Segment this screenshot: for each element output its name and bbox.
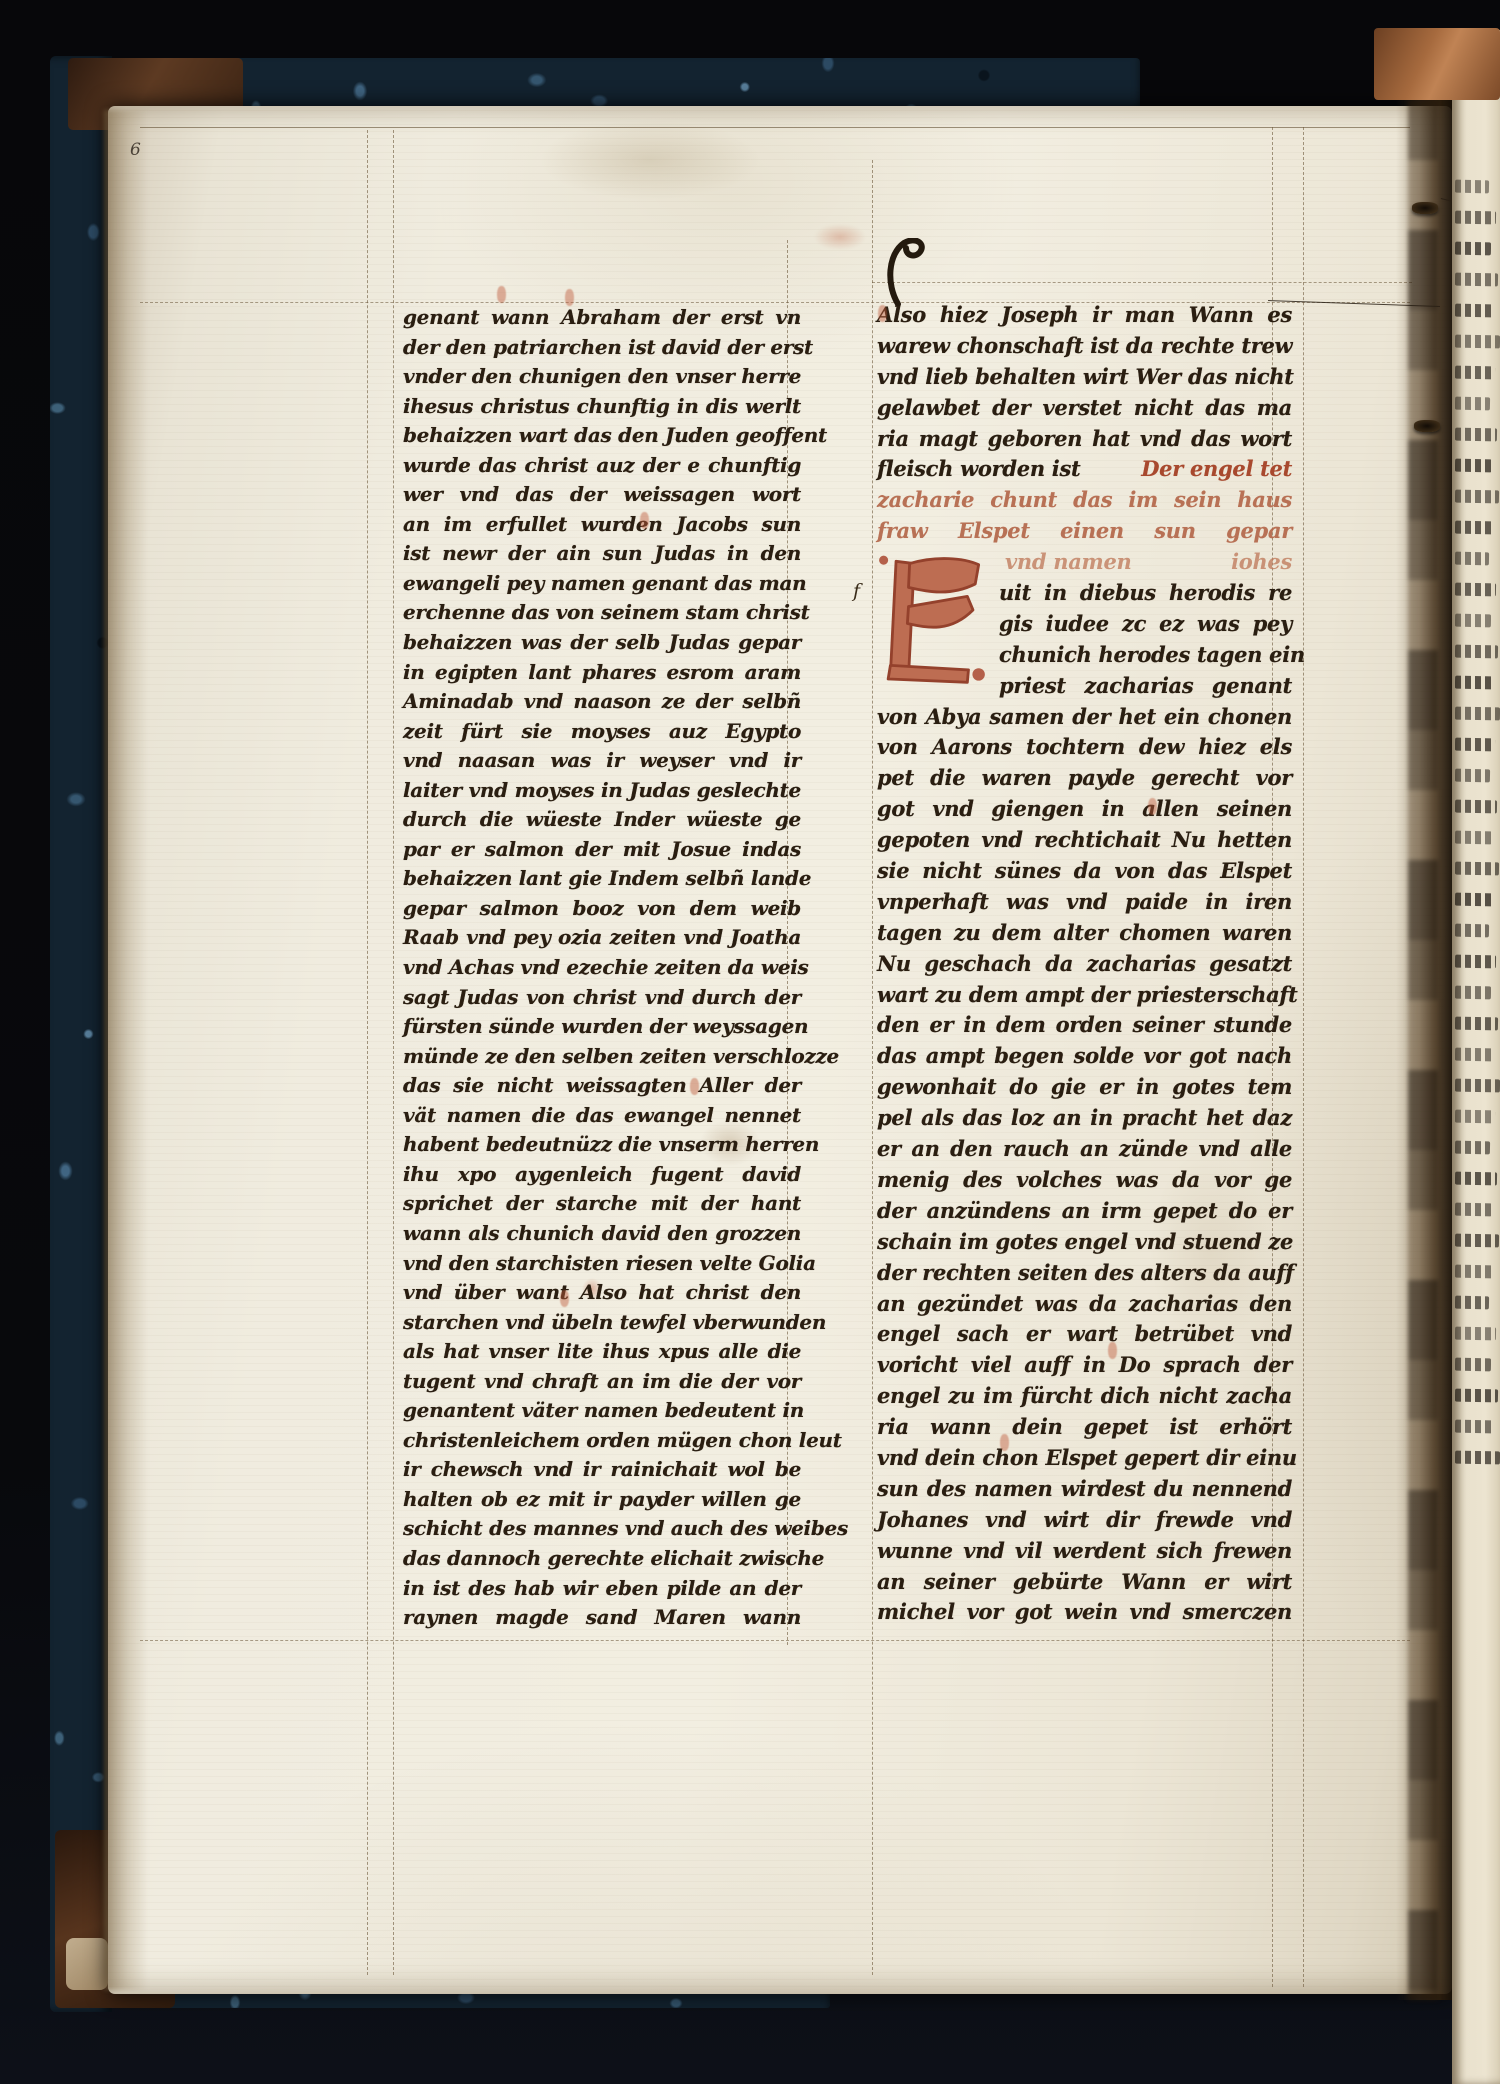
text-line: got vnd giengen in allen seinen	[877, 794, 1292, 825]
text-line: münde ze den selben zeiten verschlozze	[403, 1042, 801, 1072]
text-line: vät namen die das ewangel nennet	[403, 1101, 801, 1131]
facing-page-text-line	[1455, 707, 1500, 721]
text-line: wart zu dem ampt der priesterschaft	[877, 980, 1292, 1011]
text-line: schicht des mannes vnd auch des weibes	[403, 1514, 801, 1544]
text-line: von Aarons tochtern dew hiez els	[877, 732, 1292, 763]
text-line: an gezündet was da zacharias den	[877, 1289, 1292, 1320]
sewing-tacket	[1412, 202, 1438, 214]
facing-page-text-line	[1455, 1203, 1492, 1217]
leather-tan-fragment	[66, 1938, 108, 1990]
rubric-line: zacharie chunt das im sein haus	[877, 485, 1292, 516]
text-line: ewangeli pey namen genant das man	[403, 569, 801, 599]
ruling-top-frame	[140, 127, 1410, 128]
facing-page-text-line	[1455, 1420, 1493, 1434]
text-line: behaizzen wart das den Juden geoffent	[403, 421, 801, 451]
text-line: an seiner gebürte Wann er wirt	[877, 1567, 1292, 1598]
text-line: in egipten lant phares esrom aram	[403, 658, 801, 688]
text-line: zeit fürt sie moyses auz Egypto	[403, 717, 801, 747]
text-line: uit in diebus herodis re	[999, 578, 1292, 609]
text-line: raynen magde sand Maren wann	[403, 1603, 801, 1633]
text-line: der rechten seiten des alters da auff	[877, 1258, 1292, 1289]
facing-page-text-line	[1455, 583, 1496, 597]
facing-page-text-line	[1455, 924, 1489, 938]
text-line: gewonhait do gie er in gotes tem	[877, 1072, 1292, 1103]
leather-corner-top-right	[1374, 28, 1500, 100]
facing-page-text-line	[1455, 1389, 1498, 1403]
text-line: wer vnd das der weissagen wort	[403, 480, 801, 510]
facing-page-text-line	[1455, 552, 1489, 566]
facing-page-text-line	[1455, 1451, 1500, 1465]
red-versal-dab	[1000, 1434, 1009, 1451]
text-line: priest zacharias genant	[999, 671, 1292, 702]
text-line: sagt Judas von christ vnd durch der	[403, 983, 801, 1013]
text-line: genantent väter namen bedeutent in	[403, 1396, 801, 1426]
text-line: gepoten vnd rechtichait Nu hetten	[877, 825, 1292, 856]
text-line: an im erfullet wurden Jacobs sun	[403, 510, 801, 540]
right-column: Also hiez Joseph ir man Wann eswarew cho…	[877, 300, 1292, 1628]
text-line: gepar salmon booz von dem weib	[403, 894, 801, 924]
text-line: fürsten sünde wurden der weyssagen	[403, 1012, 801, 1042]
facing-page-text-line	[1455, 304, 1493, 318]
text-line: das sie nicht weissagten Aller der	[403, 1071, 801, 1101]
text-line: engel zu im fürcht dich nicht zacha	[877, 1381, 1292, 1412]
left-column: genant wann Abraham der erst vnder den p…	[403, 303, 801, 1633]
ruling-text-bottom	[140, 1640, 1410, 1641]
facing-page-text-line	[1455, 211, 1496, 225]
text-line: tagen zu dem alter chomen waren	[877, 918, 1292, 949]
text-line: ir chewsch vnd ir rainichait wol be	[403, 1455, 801, 1485]
text-line: pel als das loz an in pracht het daz	[877, 1103, 1292, 1134]
text-line: wurde das christ auz der e chunftig	[403, 451, 801, 481]
ascender-swash	[882, 238, 938, 306]
text-line: halten ob ez mit ir payder willen ge	[403, 1485, 801, 1515]
ruling-vertical-mid-right	[872, 160, 873, 1975]
text-line: der anzündens an irm gepet do er	[877, 1196, 1292, 1227]
text-line: laiter vnd moyses in Judas geslechte	[403, 776, 801, 806]
text-line: ist newr der ain sun Judas in den	[403, 539, 801, 569]
red-versal-dab	[1108, 1342, 1117, 1359]
facing-page-text-line	[1455, 1296, 1489, 1310]
line-segment: fleisch worden ist	[877, 454, 1080, 485]
text-line: wann als chunich david den grozzen	[403, 1219, 801, 1249]
text-line: vnperhaft was vnd paide in iren	[877, 887, 1292, 918]
text-line: fleisch worden istDer engel tet	[877, 454, 1292, 485]
text-line: wunne vnd vil werdent sich frewen	[877, 1536, 1292, 1567]
text-line: sie nicht sünes da von das Elspet	[877, 856, 1292, 887]
facing-page-text-line	[1455, 459, 1492, 473]
facing-page-text-line	[1455, 180, 1489, 194]
text-line: vnd naasan was ir weyser vnd ir	[403, 746, 801, 776]
facing-page-text-line	[1455, 831, 1492, 845]
ruling-vertical-left-outer	[367, 130, 368, 1975]
facing-page-text-line	[1455, 1048, 1493, 1062]
text-line: engel sach er wart betrübet vnd	[877, 1319, 1292, 1350]
line-segment: vnd namen	[1005, 547, 1132, 578]
text-line: vnder den chunigen den vnser herre	[403, 362, 801, 392]
facing-page-text-line	[1455, 1358, 1491, 1372]
text-line: pet die waren payde gerecht vor	[877, 763, 1292, 794]
text-line: den er in dem orden seiner stunde	[877, 1010, 1292, 1041]
illuminated-initial-F	[872, 550, 988, 688]
text-line: Aminadab vnd naason ze der selbñ	[403, 687, 801, 717]
text-line: gis iudee zc ez was pey	[999, 609, 1292, 640]
text-line: vnd über want Also hat christ den	[403, 1278, 801, 1308]
photograph-backdrop: { "palette": { "backdrop": "#07070a", "p…	[0, 0, 1500, 2084]
text-line: voricht viel auff in Do sprach der	[877, 1350, 1292, 1381]
facing-page-edge	[1452, 30, 1500, 2084]
facing-page-text-line	[1455, 242, 1491, 256]
facing-page-text-line	[1455, 614, 1491, 628]
text-line: durch die wüeste Inder wüeste ge	[403, 805, 801, 835]
text-line: michel vor got wein vnd smerczen	[877, 1597, 1292, 1628]
text-line: vnd lieb behalten wirt Wer das nicht	[877, 362, 1292, 393]
facing-page-text-line	[1455, 986, 1491, 1000]
facing-page-text-line	[1455, 893, 1494, 907]
facing-page-text-line	[1455, 521, 1494, 535]
sewing-tacket	[1414, 420, 1440, 432]
facing-page-text-line	[1455, 490, 1499, 504]
text-line: ihesus christus chunftig in dis werlt	[403, 392, 801, 422]
guide-letter: f	[853, 580, 860, 602]
red-versal-dab	[878, 305, 887, 322]
text-line: ihu xpo aygenleich fugent david	[403, 1160, 801, 1190]
gutter-grime	[1408, 100, 1438, 2000]
ruling-vertical-left-inner	[393, 130, 394, 1975]
red-versal-dab	[690, 1078, 699, 1095]
facing-page-text-line	[1455, 1234, 1499, 1248]
facing-page-text-line	[1455, 800, 1497, 814]
text-line: das dannoch gerechte elichait zwische	[403, 1544, 801, 1574]
text-line: vnd Achas vnd ezechie zeiten da weis	[403, 953, 801, 983]
folio-number: 6	[130, 140, 141, 160]
text-line: Also hiez Joseph ir man Wann es	[877, 300, 1292, 331]
text-line: behaizzen was der selb Judas gepar	[403, 628, 801, 658]
text-line: chunich herodes tagen ein	[999, 640, 1292, 671]
red-versal-dab	[1148, 798, 1157, 815]
text-line: sun des namen wirdest du nennend	[877, 1474, 1292, 1505]
facing-page-text-line	[1455, 645, 1498, 659]
text-line: ria magt geboren hat vnd das wort	[877, 424, 1292, 455]
text-line: ria wann dein gepet ist erhört	[877, 1412, 1292, 1443]
red-versal-dab	[497, 286, 506, 303]
text-line: par er salmon der mit Josue indas	[403, 835, 801, 865]
facing-page-text-line	[1455, 397, 1490, 411]
facing-page-text-line	[1455, 366, 1495, 380]
text-line: von Abya samen der het ein chonen	[877, 702, 1292, 733]
text-line: genant wann Abraham der erst vn	[403, 303, 801, 333]
ruling-header-right	[872, 282, 1412, 283]
text-line: Raab vnd pey ozia zeiten vnd Joatha	[403, 923, 801, 953]
facing-page-text-line	[1455, 769, 1490, 783]
text-line: christenleichem orden mügen chon leut	[403, 1426, 801, 1456]
facing-page-text-line	[1455, 1110, 1495, 1124]
ruling-vertical-right-outer	[1303, 127, 1304, 1987]
red-versal-dab	[640, 512, 649, 529]
text-line: warew chonschaft ist da rechte trew	[877, 331, 1292, 362]
text-line: er an den rauch an zünde vnd alle	[877, 1134, 1292, 1165]
facing-page-text-line	[1455, 335, 1500, 349]
text-line: starchen vnd übeln tewfel vberwunden	[403, 1308, 801, 1338]
facing-page-text-line	[1455, 955, 1496, 969]
facing-page-text-line	[1455, 1141, 1490, 1155]
facing-page-text-line	[1455, 676, 1493, 690]
facing-page-text-line	[1455, 1017, 1498, 1031]
text-line: schain im gotes engel vnd stuend ze	[877, 1227, 1292, 1258]
red-versal-dab	[565, 289, 574, 306]
text-line: der den patriarchen ist david der erst	[403, 333, 801, 363]
facing-page-text-line	[1455, 738, 1495, 752]
text-line: habent bedeutnüzz die vnserm herren	[403, 1130, 801, 1160]
text-line: sprichet der starche mit der hant	[403, 1189, 801, 1219]
line-segment: iohes	[1231, 547, 1292, 578]
text-line: behaizzen lant gie Indem selbñ lande	[403, 864, 801, 894]
text-line: erchenne das von seinem stam christ	[403, 598, 801, 628]
facing-page-text-line	[1455, 273, 1498, 287]
facing-page-text-line	[1455, 1079, 1500, 1093]
text-line: Nu geschach da zacharias gesatzt	[877, 949, 1292, 980]
text-line: gelawbet der verstet nicht das ma	[877, 393, 1292, 424]
facing-page-text-line	[1455, 428, 1497, 442]
red-versal-dab	[560, 1290, 569, 1307]
rubric-segment: Der engel tet	[1141, 454, 1292, 485]
facing-page-text-line	[1455, 1265, 1494, 1279]
facing-page-text-line	[1455, 1172, 1497, 1186]
text-line: das ampt begen solde vor got nach	[877, 1041, 1292, 1072]
text-line: als hat vnser lite ihus xpus alle die	[403, 1337, 801, 1367]
text-line: vnd den starchisten riesen velte Golia	[403, 1249, 801, 1279]
text-line: menig des volches was da vor ge	[877, 1165, 1292, 1196]
text-line: in ist des hab wir eben pilde an der	[403, 1574, 801, 1604]
text-line: Johanes vnd wirt dir frewde vnd	[877, 1505, 1292, 1536]
marbled-board-left-edge	[50, 56, 112, 2012]
rubric-line: fraw Elspet einen sun gepar	[877, 516, 1292, 547]
facing-page-text-line	[1455, 862, 1499, 876]
text-line: vnd dein chon Elspet gepert dir einu	[877, 1443, 1292, 1474]
text-line: tugent vnd chraft an im die der vor	[403, 1367, 801, 1397]
facing-page-text-line	[1455, 1327, 1496, 1341]
